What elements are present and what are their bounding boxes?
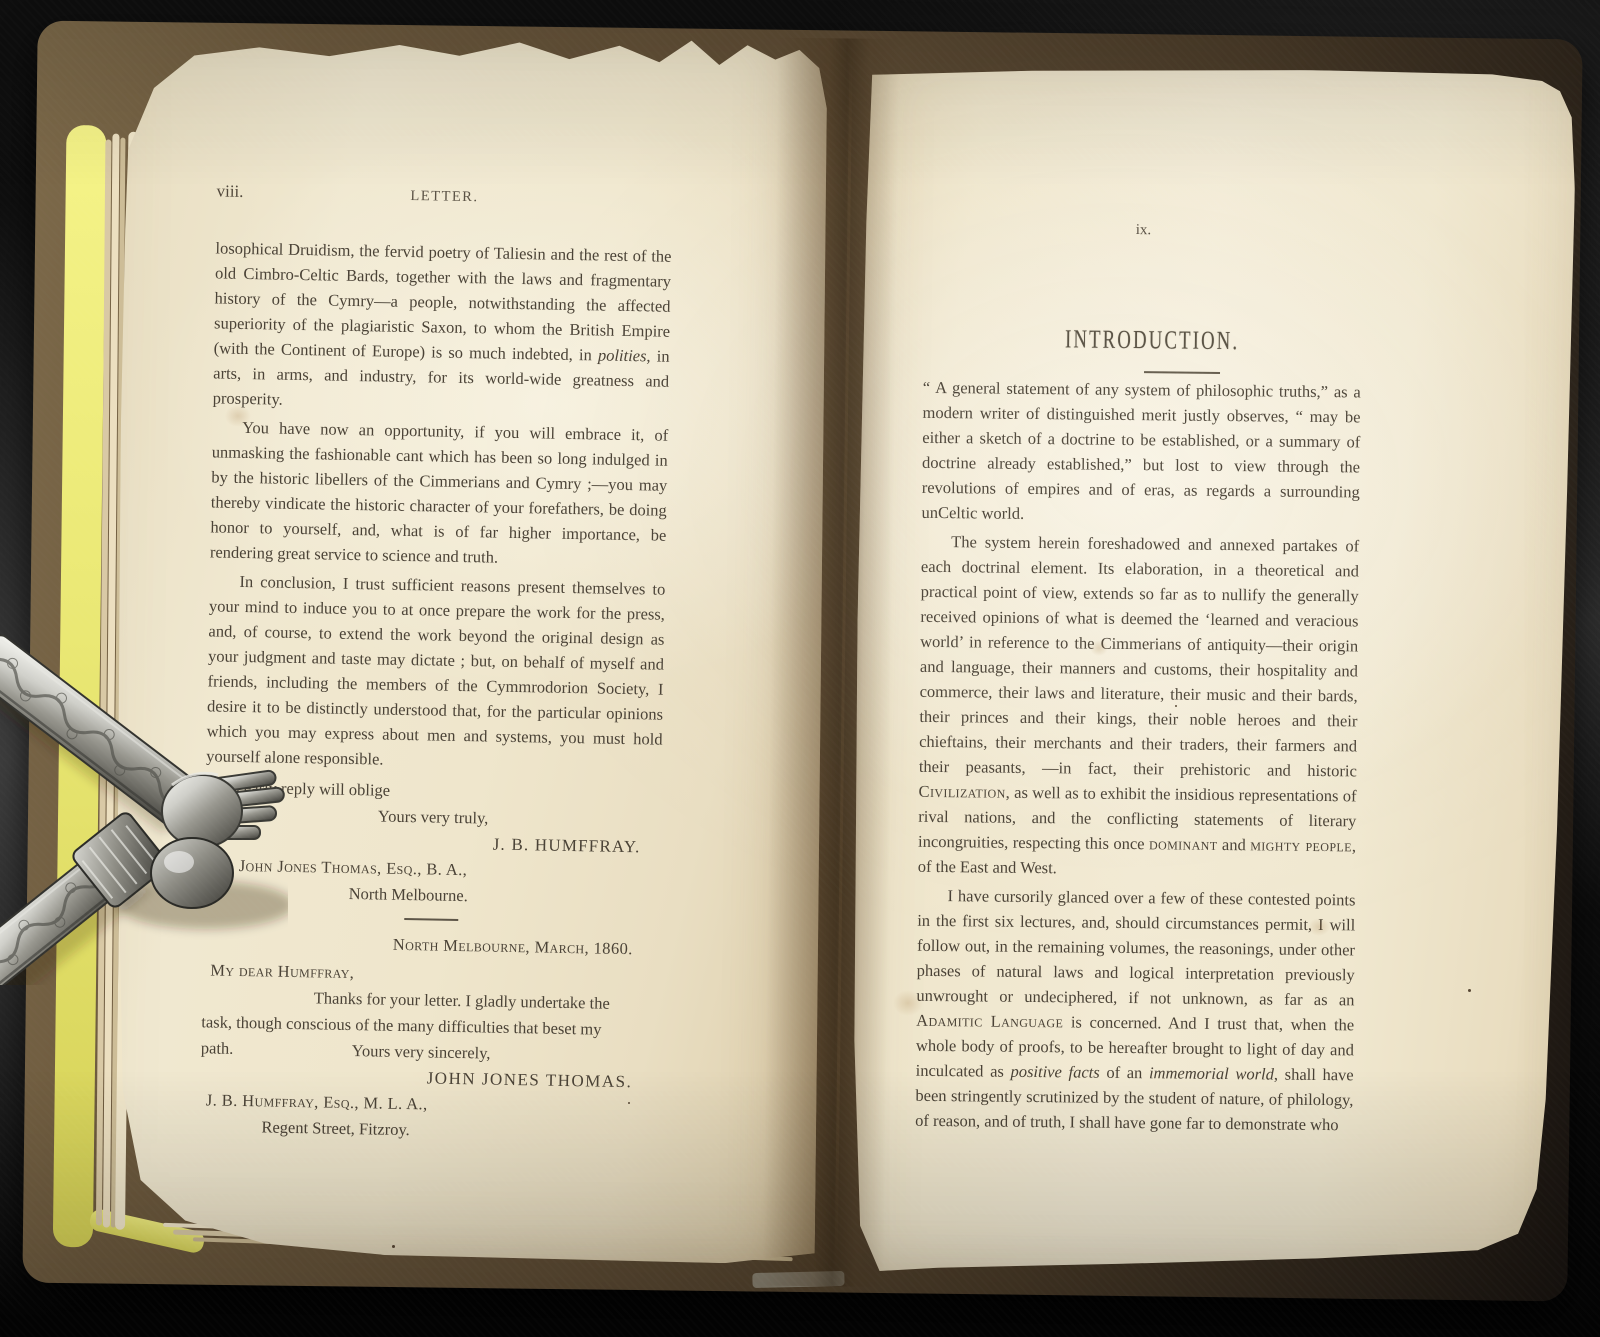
- italic-word: polities: [598, 345, 647, 365]
- paragraph-text: The system herein foreshadowed and annex…: [919, 532, 1360, 780]
- silver-bookmark-clip: [0, 585, 288, 985]
- italic-word: positive facts: [1010, 1062, 1099, 1082]
- right-page: ix. INTRODUCTION. “ A general statement …: [817, 60, 1580, 1284]
- book-photograph: viii. LETTER. losophical Druidism, the f…: [0, 0, 1600, 1337]
- paragraph-text: of an: [1100, 1063, 1150, 1083]
- paragraph-text: and: [1217, 835, 1250, 854]
- paragraph-text: I have cursorily glanced over a few of t…: [916, 886, 1355, 1009]
- smallcaps-word: Adamitic Language: [916, 1011, 1063, 1032]
- section-divider-rule: [404, 918, 458, 921]
- right-page-text: ix. INTRODUCTION. “ A general statement …: [915, 220, 1363, 1138]
- chapter-heading: INTRODUCTION.: [994, 324, 1310, 357]
- reply-body-word: path.: [201, 1035, 234, 1062]
- smallcaps-word: Civilization: [919, 782, 1006, 802]
- smallcaps-word: dominant: [1149, 834, 1218, 854]
- heading-rule: [1144, 371, 1220, 374]
- paragraph: I have cursorily glanced over a few of t…: [915, 883, 1356, 1138]
- paragraph: losophical Druidism, the fervid poetry o…: [213, 235, 672, 418]
- bookmark-disc: [151, 838, 233, 908]
- header-spacer: [582, 203, 672, 205]
- smallcaps-word: mighty people: [1250, 835, 1352, 855]
- page-stack-edge-bottom: [752, 1271, 844, 1288]
- right-page-number: ix.: [924, 220, 1362, 242]
- left-page-number: viii.: [216, 181, 306, 203]
- running-header: LETTER.: [306, 186, 582, 208]
- paragraph: You have now an opportunity, if you will…: [210, 414, 669, 572]
- paragraph: The system herein foreshadowed and annex…: [918, 529, 1360, 884]
- left-running-head: viii. LETTER.: [216, 181, 672, 209]
- paragraph: “ A general statement of any system of p…: [921, 375, 1361, 530]
- italic-word: immemorial world: [1149, 1063, 1274, 1083]
